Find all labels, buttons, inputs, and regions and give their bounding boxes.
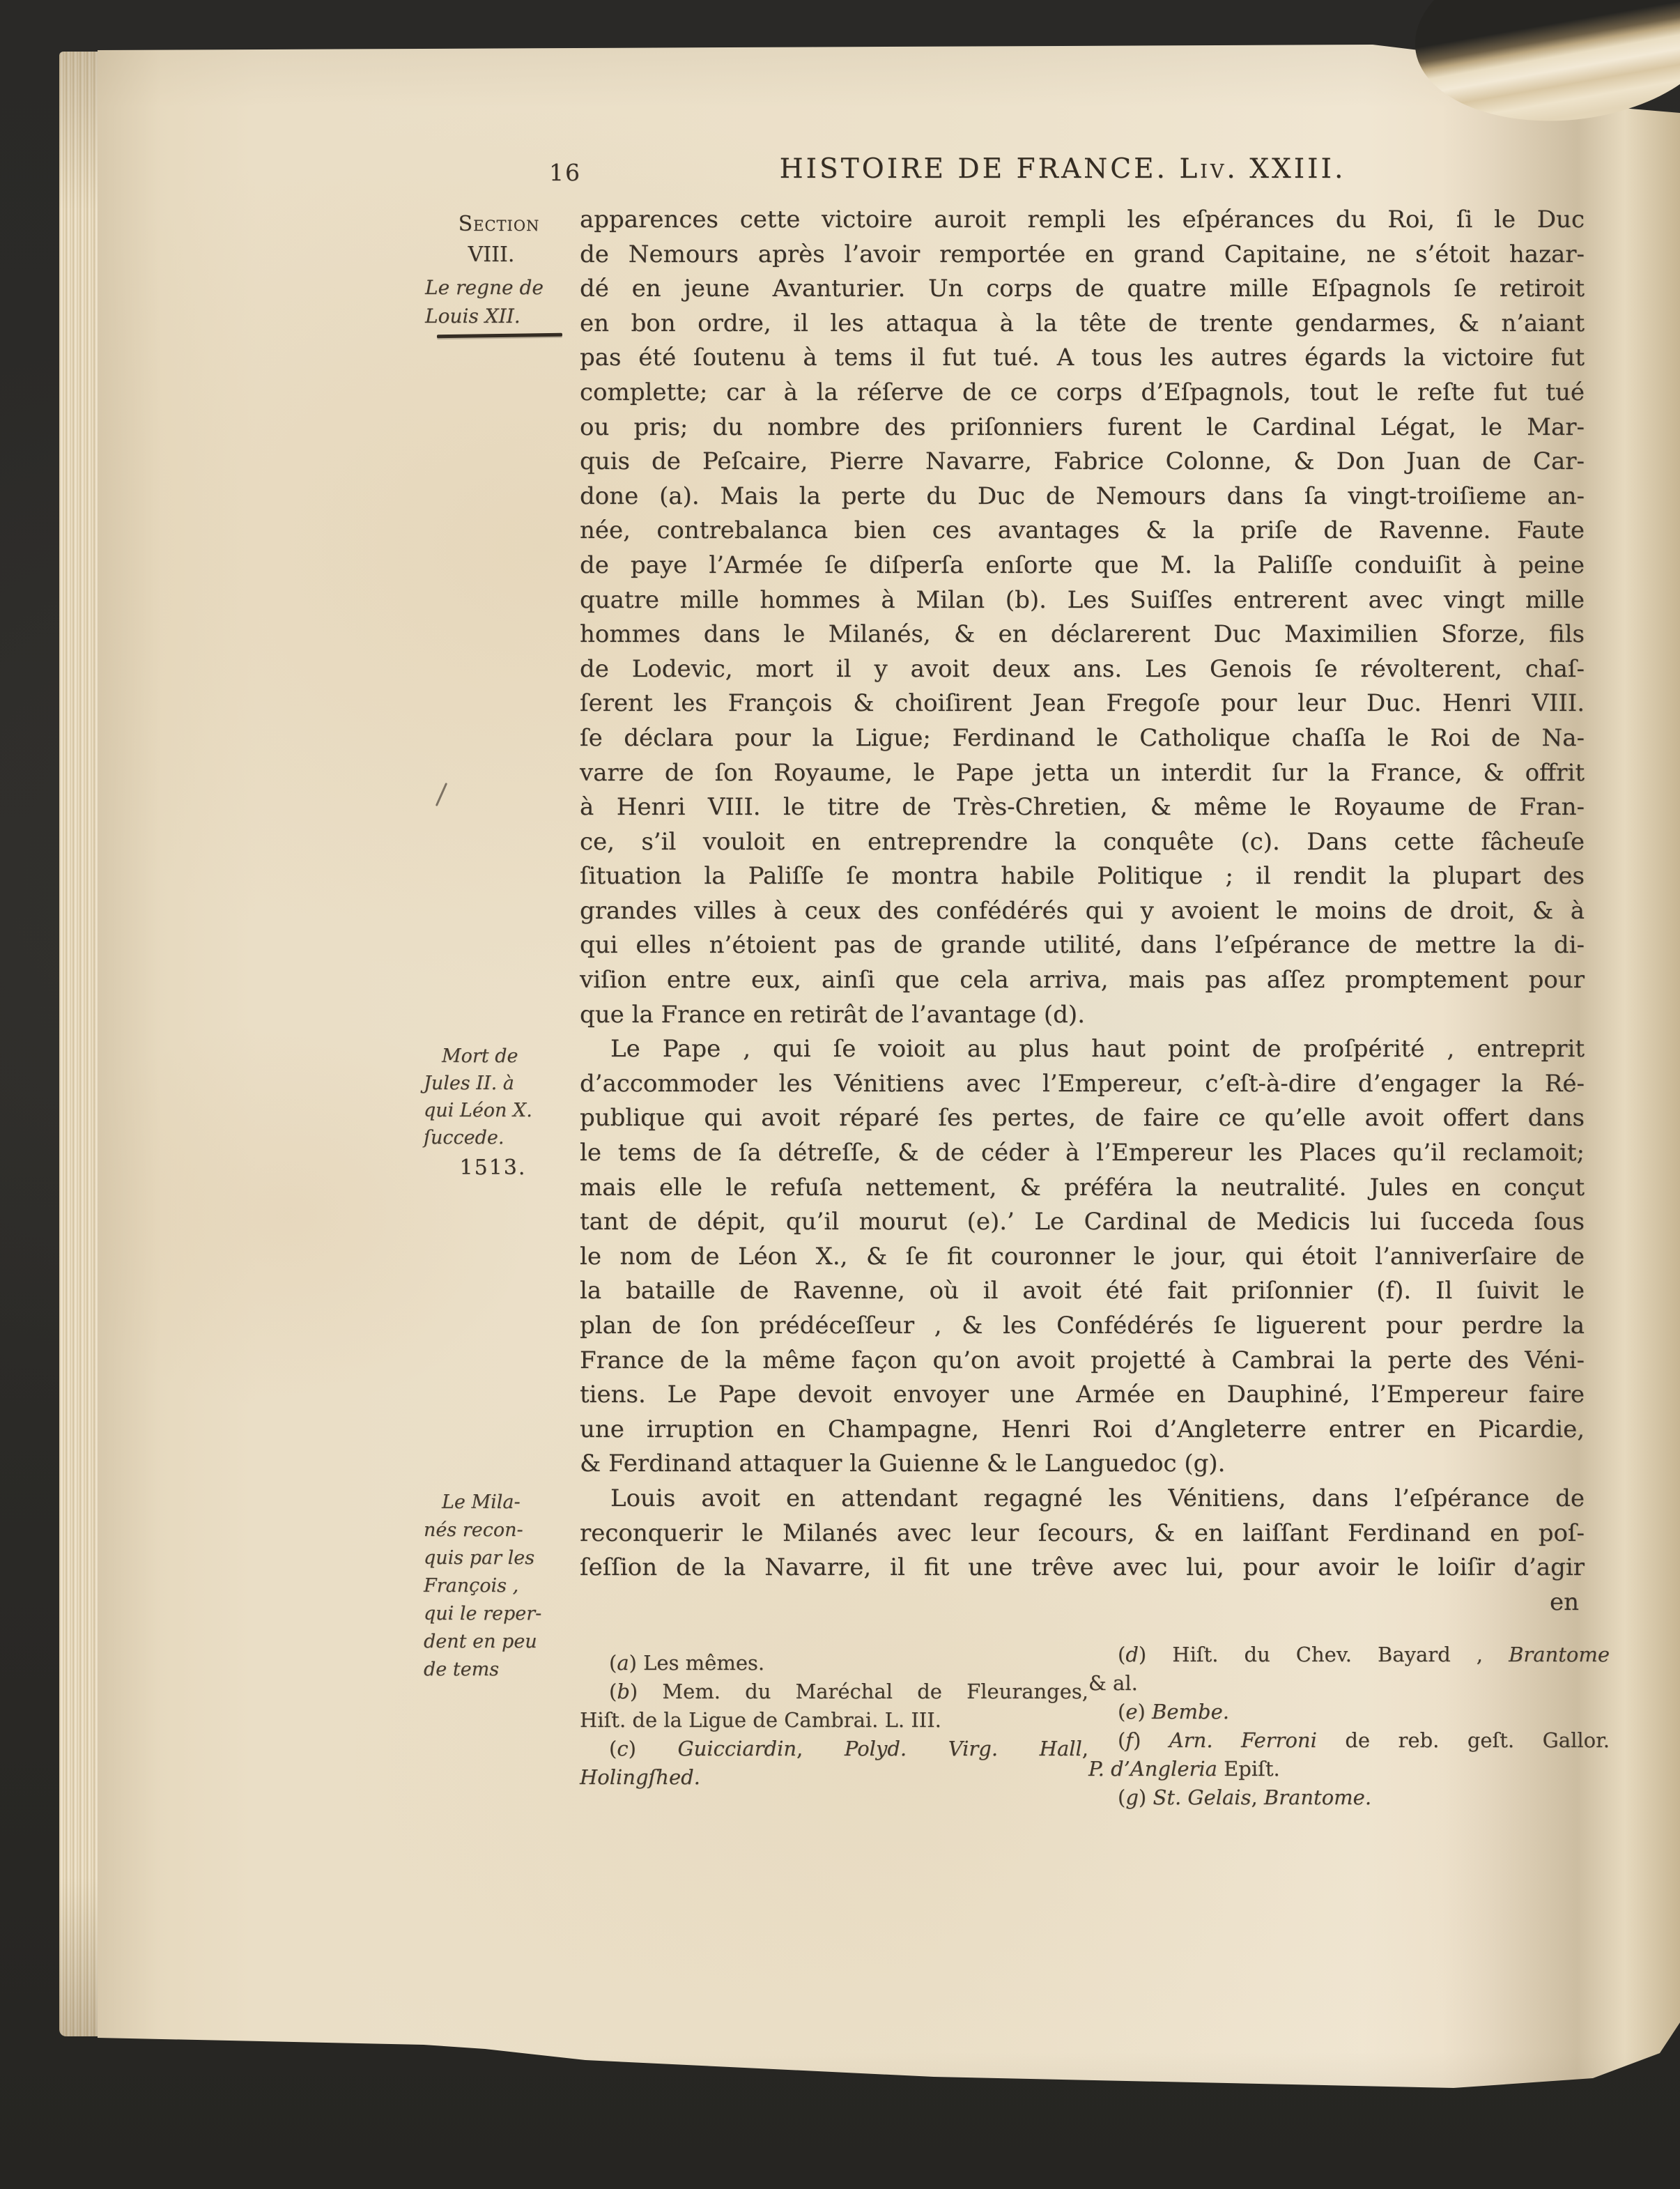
text-line: France de la même façon qu’on avoit proj…	[580, 1344, 1585, 1378]
text-line: qui elles n’étoient pas de grande utilit…	[580, 928, 1585, 963]
text-line: Louis avoit en attendant regagné les Vén…	[580, 1482, 1585, 1516]
text-line: ou pris; du nombre des priſonniers furen…	[580, 410, 1585, 445]
margin-note-line: Le Mila-	[424, 1489, 585, 1516]
page-number: 16	[549, 159, 598, 186]
text-line: de paye l’Armée ſe diſperſa enſorte que …	[580, 548, 1585, 583]
text-line: & Ferdinand attaquer la Guienne & le Lan…	[580, 1447, 1585, 1482]
footnote-line: (e) Bembe.	[1088, 1698, 1610, 1726]
footnote-line: P. d’Angleria Epiſt.	[1088, 1755, 1610, 1783]
text-line: mais elle le refuſa nettement, & préféra…	[580, 1171, 1585, 1206]
section-subtitle: Le regne deLouis XII.	[425, 273, 582, 330]
text-line: grandes villes à ceux des confédérés qui…	[580, 894, 1585, 929]
text-line: quatre mille hommes à Milan (b). Les Sui…	[580, 583, 1585, 618]
footnote-line: (c) Guicciardin, Polyd. Virg. Hall,	[580, 1735, 1088, 1763]
text-line: pas été ſoutenu à tems il fut tué. A tou…	[580, 341, 1585, 376]
margin-note-milanes: Le Mila-nés recon-quis par lesFrançois ,…	[424, 1489, 585, 1684]
text-line: que la France en retirât de l’avantage (…	[580, 998, 1585, 1033]
margin-note-year: 1513.	[418, 1155, 568, 1180]
text-line: publique qui avoit réparé ſes pertes, de…	[580, 1101, 1585, 1136]
section-number: VIII.	[418, 243, 564, 267]
footnote-line: & al.	[1088, 1669, 1610, 1698]
text-line: ſe déclara pour la Ligue; Ferdinand le C…	[580, 721, 1585, 756]
section-heading: Section	[418, 212, 580, 236]
margin-note-line: qui le reper-	[424, 1600, 585, 1628]
text-line: le nom de Léon X., & ſe fit couronner le…	[580, 1240, 1585, 1275]
footnote-line: (f) Arn. Ferroni de reb. geſt. Gallor.	[1088, 1726, 1610, 1755]
footnote-line: Hiſt. de la Ligue de Cambrai. L. III.	[580, 1706, 1088, 1735]
text-line: la bataille de Ravenne, où il avoit été …	[580, 1274, 1585, 1309]
paragraph: Louis avoit en attendant regagné les Vén…	[580, 1482, 1585, 1585]
text-line: reconquerir le Milanés avec leur ſecours…	[580, 1516, 1585, 1551]
text-line: complette; car à la réſerve de ce corps …	[580, 376, 1585, 410]
text-line: viſion entre eux, ainſi que cela arriva,…	[580, 963, 1585, 998]
text-line: ſituation la Paliſſe ſe montra habile Po…	[580, 859, 1585, 894]
footnote-line: (g) St. Gelais, Brantome.	[1088, 1783, 1610, 1812]
text-line: quis de Peſcaire, Pierre Navarre, Fabric…	[580, 445, 1585, 479]
text-line: ſerent les François & choiſirent Jean Fr…	[580, 686, 1585, 721]
footnote-line: (b) Mem. du Maréchal de Fleuranges,	[580, 1677, 1088, 1706]
footnote-line: (d) Hiſt. du Chev. Bayard , Brantome	[1088, 1641, 1610, 1669]
text-line: hommes dans le Milanés, & en déclarerent…	[580, 617, 1585, 652]
main-text-block: apparences cette victoire auroit rempli …	[580, 203, 1585, 1620]
margin-note-line: qui Léon X.	[424, 1097, 583, 1124]
text-line: plan de ſon prédéceſſeur , & les Confédé…	[580, 1309, 1585, 1344]
text-line: de Lodevic, mort il y avoit deux ans. Le…	[580, 652, 1585, 687]
text-line: ce, s’il vouloit en entreprendre la conq…	[580, 825, 1585, 860]
margin-note-jules: Mort deJules II. àqui Léon X.ſuccede.	[424, 1043, 583, 1151]
text-line: tiens. Le Pape devoit envoyer une Armée …	[580, 1378, 1585, 1413]
footnote-line: Holingſhed.	[580, 1763, 1088, 1792]
page-edge-stack	[59, 52, 101, 2036]
margin-note-line: ſuccede.	[424, 1124, 583, 1151]
text-line: dé en jeune Avanturier. Un corps de quat…	[580, 272, 1585, 307]
footnotes-left-column: (a) Les mêmes.(b) Mem. du Maréchal de Fl…	[580, 1649, 1088, 1792]
footnotes-right-column: (d) Hiſt. du Chev. Bayard , Brantome& al…	[1088, 1641, 1610, 1812]
margin-note-line: Mort de	[424, 1043, 583, 1070]
catchword: en	[580, 1585, 1585, 1620]
margin-note-line: dent en peu	[424, 1628, 585, 1656]
text-line: en bon ordre, il les attaqua à la tête d…	[580, 307, 1585, 341]
text-line: à Henri VIII. le titre de Très-Chretien,…	[580, 790, 1585, 825]
margin-note-line: Louis XII.	[425, 302, 582, 330]
margin-note-line: de tems	[424, 1656, 585, 1684]
text-line: apparences cette victoire auroit rempli …	[580, 203, 1585, 238]
margin-note-line: François ,	[424, 1572, 585, 1600]
margin-note-line: Le regne de	[425, 273, 582, 302]
text-line: née, contrebalanca bien ces avantages & …	[580, 514, 1585, 548]
margin-note-line: Jules II. à	[424, 1070, 583, 1097]
text-line: de Nemours après l’avoir remportée en gr…	[580, 238, 1585, 272]
running-title: HISTOIRE DE FRANCE. Liv. XXIII.	[711, 153, 1415, 185]
text-line: une irruption en Champagne, Henri Roi d’…	[580, 1413, 1585, 1447]
text-line: tant de dépit, qu’il mourut (e).’ Le Car…	[580, 1205, 1585, 1240]
text-line: le tems de ſa détreſſe, & de céder à l’E…	[580, 1136, 1585, 1171]
margin-note-line: quis par les	[424, 1544, 585, 1572]
text-line: Le Pape , qui ſe voioit au plus haut poi…	[580, 1032, 1585, 1067]
margin-note-line: nés recon-	[424, 1516, 585, 1544]
paragraph: Le Pape , qui ſe voioit au plus haut poi…	[580, 1032, 1585, 1482]
text-line: d’accommoder les Vénitiens avec l’Empere…	[580, 1067, 1585, 1102]
paragraph: apparences cette victoire auroit rempli …	[580, 203, 1585, 1032]
footnote-line: (a) Les mêmes.	[580, 1649, 1088, 1677]
text-line: varre de ſon Royaume, le Pape jetta un i…	[580, 756, 1585, 791]
text-line: ſeſſion de la Navarre, il fit une trêve …	[580, 1551, 1585, 1585]
scan-background: { "colors": { "background": "#2b2a27", "…	[0, 0, 1680, 2189]
text-line: done (a). Mais la perte du Duc de Nemour…	[580, 479, 1585, 514]
